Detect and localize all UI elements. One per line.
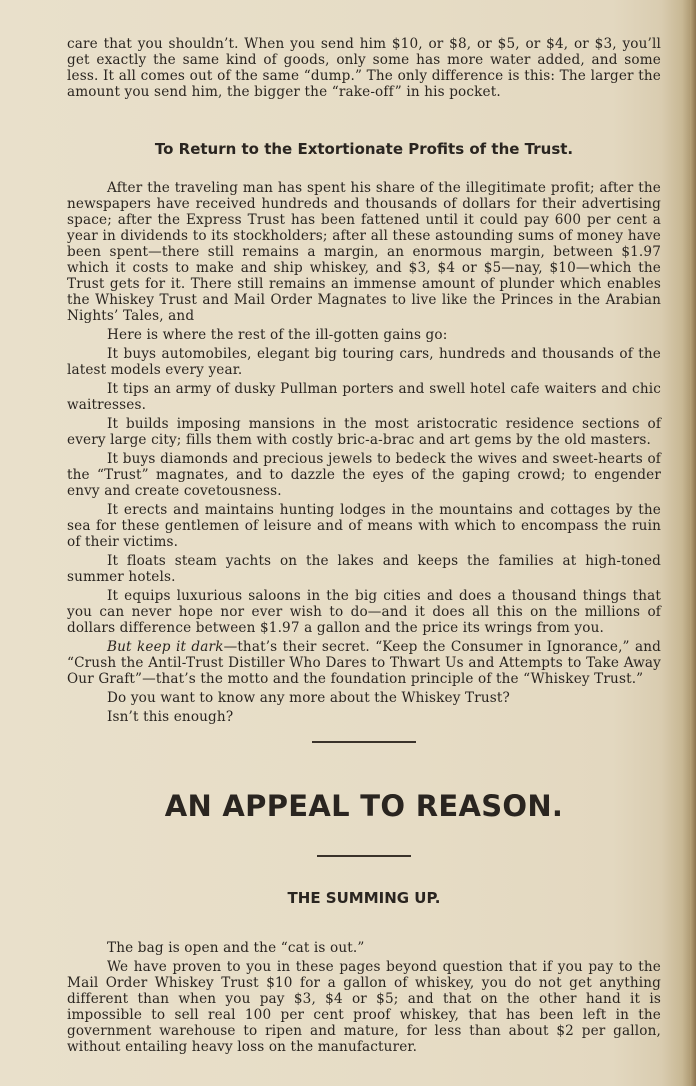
question-line: Do you want to know any more about the W…: [67, 690, 661, 706]
body-paragraph: It buys diamonds and precious jewels to …: [67, 451, 661, 499]
divider-rule: [312, 741, 416, 743]
body-paragraph-secret: But keep it dark—that’s their secret. “K…: [67, 639, 661, 687]
chapter-title: AN APPEAL TO REASON.: [67, 789, 661, 823]
page-edge-shadow: [690, 0, 696, 1086]
divider-rule: [317, 855, 411, 857]
italic-phrase: But keep it dark: [107, 639, 224, 655]
body-paragraph: It floats steam yachts on the lakes and …: [67, 553, 661, 585]
summing-section: The bag is open and the “cat is out.” We…: [67, 940, 661, 1055]
page-content: care that you shouldn’t. When you send h…: [67, 36, 661, 1055]
section-heading: To Return to the Extortionate Profits of…: [67, 140, 661, 158]
body-paragraph: It builds imposing mansions in the most …: [67, 416, 661, 448]
body-paragraph: It erects and maintains hunting lodges i…: [67, 502, 661, 550]
continued-paragraph: care that you shouldn’t. When you send h…: [67, 36, 661, 100]
scanned-page: care that you shouldn’t. When you send h…: [0, 0, 696, 1086]
body-paragraph: After the traveling man has spent his sh…: [67, 180, 661, 324]
body-paragraph: It buys automobiles, elegant big touring…: [67, 346, 661, 378]
body-paragraph: It tips an army of dusky Pullman porters…: [67, 381, 661, 413]
body-paragraph: It equips luxurious saloons in the big c…: [67, 588, 661, 636]
body-paragraph: Here is where the rest of the ill-gotten…: [67, 327, 661, 343]
body-paragraph: The bag is open and the “cat is out.”: [67, 940, 661, 956]
question-line: Isn’t this enough?: [67, 709, 661, 725]
body-paragraph: We have proven to you in these pages bey…: [67, 959, 661, 1055]
section-subtitle: THE SUMMING UP.: [67, 889, 661, 907]
